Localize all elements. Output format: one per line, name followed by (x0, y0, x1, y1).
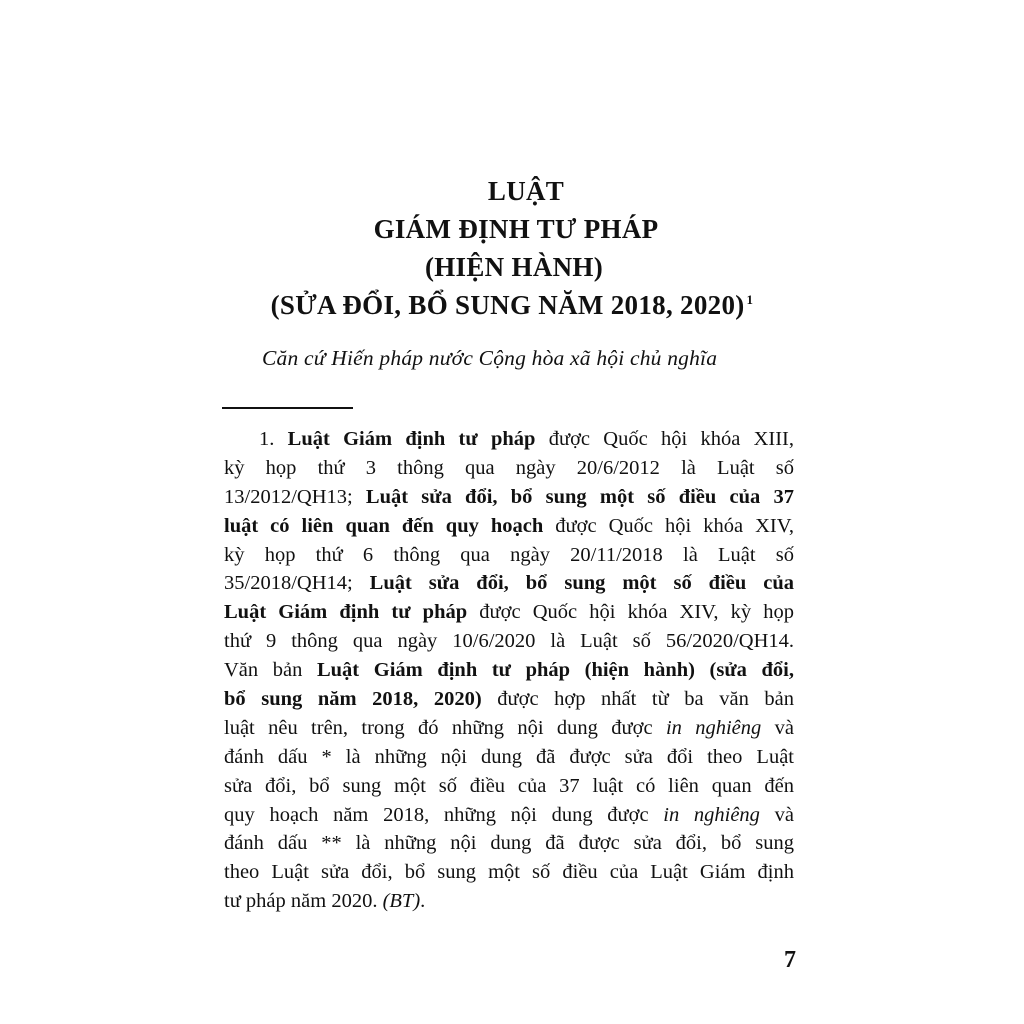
italic-text: in nghiêng (666, 717, 761, 739)
footnote-line: 35/2018/QH14; Luật sửa đổi, bổ sung một … (224, 569, 794, 598)
footnote-line: Luật Giám định tư pháp được Quốc hội khó… (224, 598, 794, 627)
text: 13/2012/QH13; (224, 486, 366, 508)
bold-text: Luật sửa đổi, bổ sung một số điều của (370, 572, 794, 594)
text: thứ 9 thông qua ngày 10/6/2020 là Luật s… (224, 630, 794, 652)
bold-text: Luật Giám định tư pháp (288, 428, 536, 450)
text: được Quốc hội khóa XIV, kỳ họp (467, 601, 794, 623)
text: sửa đổi, bổ sung một số điều của 37 luật… (224, 775, 794, 797)
title-line-law: LUẬT (0, 172, 1024, 210)
footnote-line: luật có liên quan đến quy hoạch được Quố… (224, 512, 794, 541)
italic-text: in nghiêng (663, 804, 760, 826)
text: theo Luật sửa đổi, bổ sung một số điều c… (224, 861, 794, 883)
text: Văn bản (224, 659, 317, 681)
text: được Quốc hội khóa XIII, (535, 428, 794, 450)
footnote-line: luật nêu trên, trong đó những nội dung đ… (224, 714, 794, 743)
footnote-line: kỳ họp thứ 3 thông qua ngày 20/6/2012 là… (224, 454, 794, 483)
title-line-status: (HIỆN HÀNH) (0, 248, 1024, 286)
page-number: 7 (784, 947, 796, 974)
title-line-amendment: (SỬA ĐỔI, BỔ SUNG NĂM 2018, 2020)1 (0, 286, 1024, 324)
footnote-line: quy hoạch năm 2018, những nội dung được … (224, 801, 794, 830)
text: và (760, 804, 794, 826)
text: được Quốc hội khóa XIV, (543, 515, 794, 537)
bold-text: Luật Giám định tư pháp (hiện hành) (sửa … (317, 659, 794, 681)
title-line-name: GIÁM ĐỊNH TƯ PHÁP (0, 210, 1024, 248)
bold-text: Luật sửa đổi, bổ sung một số điều của 37 (366, 486, 794, 508)
bold-text: bổ sung năm 2018, 2020) (224, 688, 482, 710)
text: tư pháp năm 2020. (224, 890, 383, 912)
text: kỳ họp thứ 3 thông qua ngày 20/6/2012 là… (224, 457, 794, 479)
footnote-line: theo Luật sửa đổi, bổ sung một số điều c… (224, 858, 794, 887)
footnote-marker: 1 (747, 292, 754, 307)
footnote-line: kỳ họp thứ 6 thông qua ngày 20/11/2018 l… (224, 541, 794, 570)
footnote-line: đánh dấu ** là những nội dung đã được sử… (224, 829, 794, 858)
bold-text: luật có liên quan đến quy hoạch (224, 515, 543, 537)
text: . (420, 890, 425, 912)
footnote-line: bổ sung năm 2018, 2020) được hợp nhất từ… (224, 685, 794, 714)
text: kỳ họp thứ 6 thông qua ngày 20/11/2018 l… (224, 544, 794, 566)
text: và (761, 717, 794, 739)
text: 1. (259, 428, 288, 450)
footnote-line: sửa đổi, bổ sung một số điều của 37 luật… (224, 772, 794, 801)
text: đánh dấu ** là những nội dung đã được sử… (224, 832, 794, 854)
footnote-line: thứ 9 thông qua ngày 10/6/2020 là Luật s… (224, 627, 794, 656)
text: 35/2018/QH14; (224, 572, 370, 594)
footnote-separator-rule (222, 407, 353, 409)
text: luật nêu trên, trong đó những nội dung đ… (224, 717, 666, 739)
footnote-line: Văn bản Luật Giám định tư pháp (hiện hàn… (224, 656, 794, 685)
title-amendment-text: (SỬA ĐỔI, BỔ SUNG NĂM 2018, 2020) (271, 290, 745, 320)
text: đánh dấu * là những nội dung đã được sửa… (224, 746, 794, 768)
footnote-line: 1. Luật Giám định tư pháp được Quốc hội … (224, 425, 794, 454)
document-title: LUẬT GIÁM ĐỊNH TƯ PHÁP (HIỆN HÀNH) (SỬA … (0, 172, 1024, 324)
text: quy hoạch năm 2018, những nội dung được (224, 804, 663, 826)
text: được hợp nhất từ ba văn bản (482, 688, 794, 710)
footnote-line: đánh dấu * là những nội dung đã được sửa… (224, 743, 794, 772)
preamble-text: Căn cứ Hiến pháp nước Cộng hòa xã hội ch… (262, 346, 717, 371)
footnote-line: 13/2012/QH13; Luật sửa đổi, bổ sung một … (224, 483, 794, 512)
footnote-body: 1. Luật Giám định tư pháp được Quốc hội … (224, 425, 794, 916)
footnote-line: tư pháp năm 2020. (BT). (224, 887, 794, 916)
bold-text: Luật Giám định tư pháp (224, 601, 467, 623)
italic-text: (BT) (383, 890, 421, 912)
